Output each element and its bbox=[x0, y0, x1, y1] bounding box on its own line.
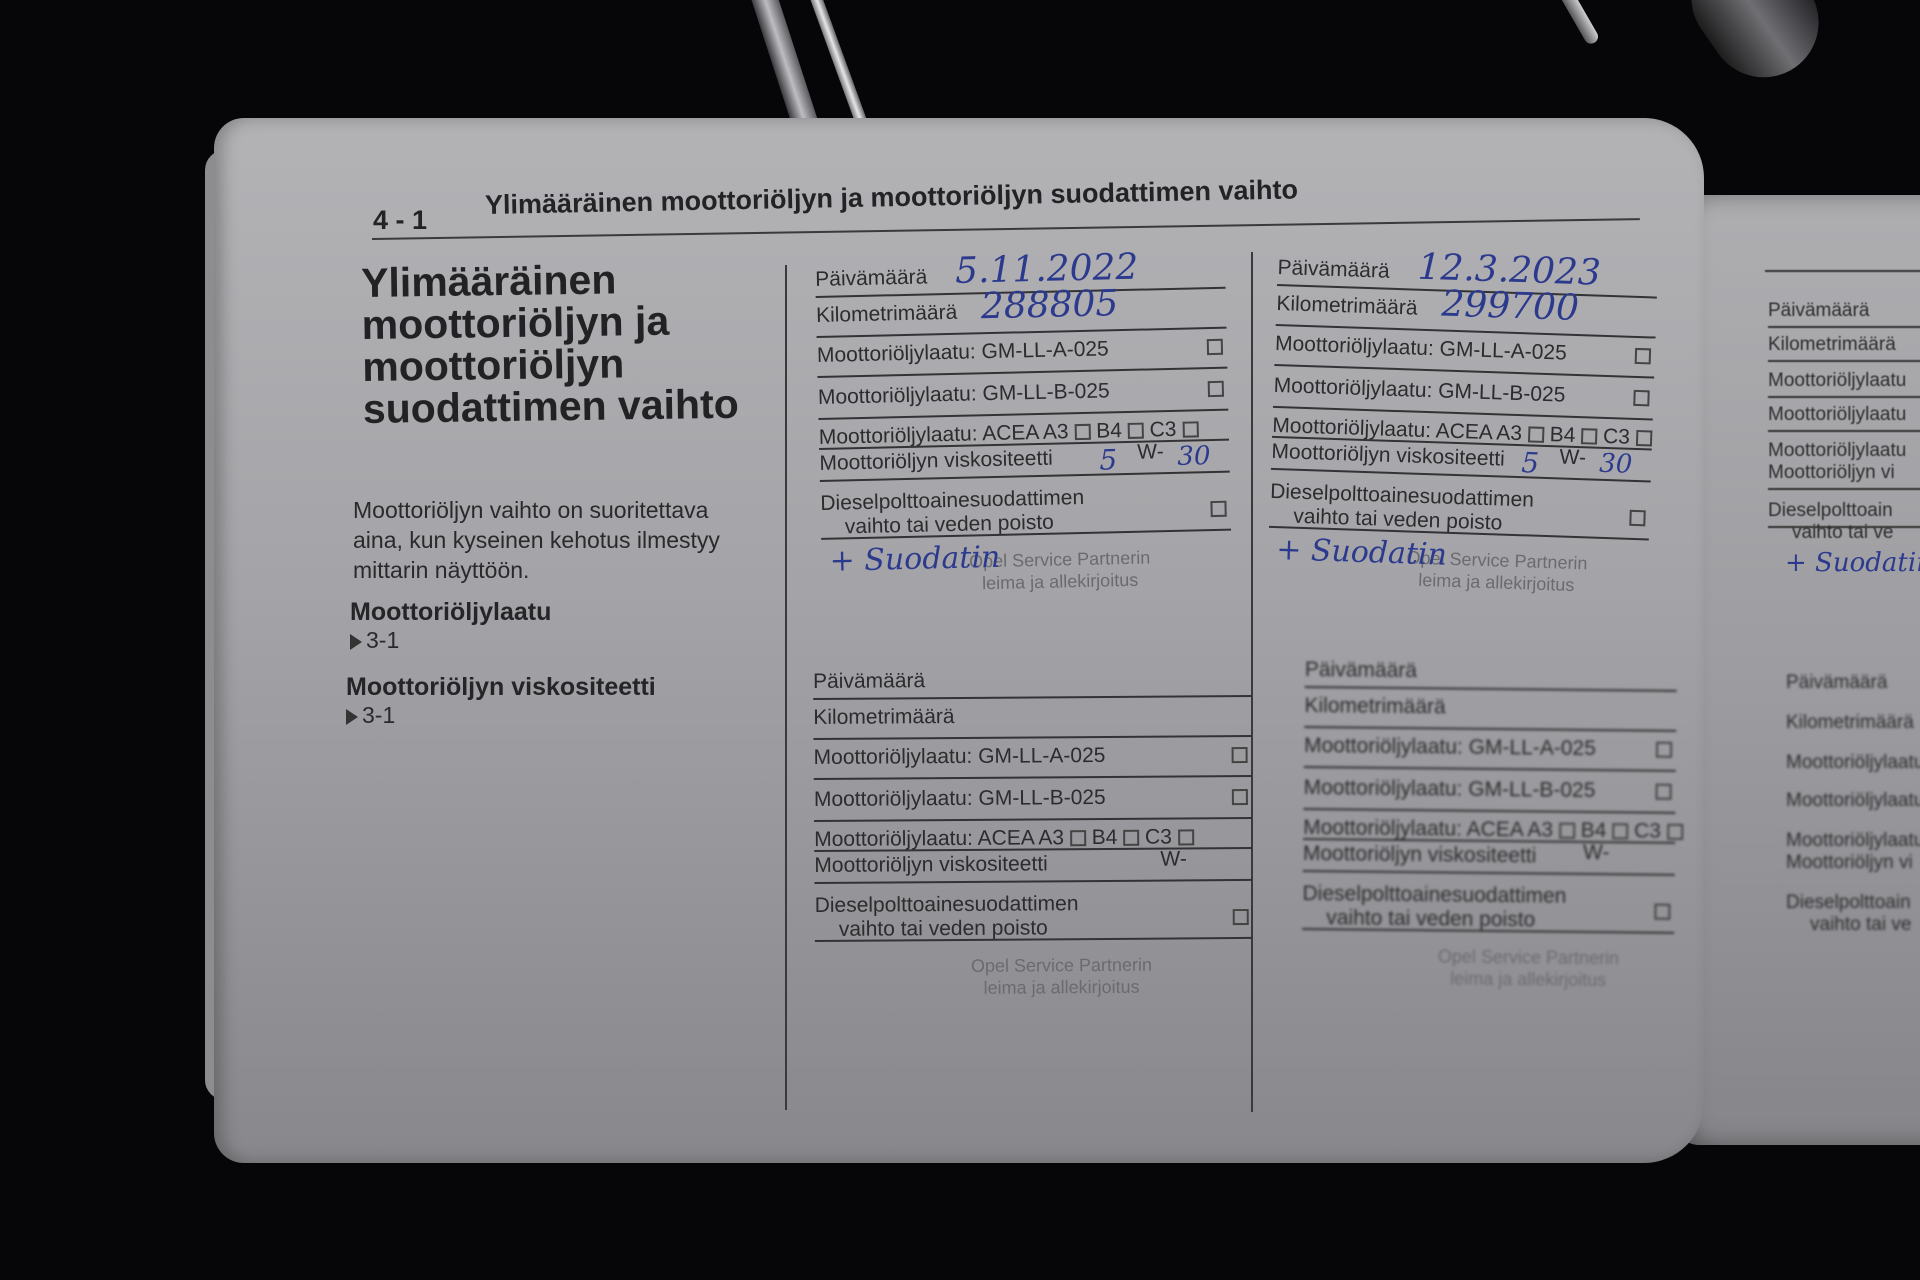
form-rule bbox=[813, 695, 1251, 700]
form-rule bbox=[1304, 726, 1676, 732]
handwritten-viscosity-low: 5 bbox=[1521, 446, 1540, 480]
next-page-label: Päivämäärä bbox=[1768, 300, 1869, 322]
next-page-label: vaihto tai ve bbox=[1810, 914, 1911, 936]
oil-quality-a-checkbox[interactable] bbox=[1635, 348, 1652, 365]
next-page-label: Moottoriöljylaatu bbox=[1786, 830, 1920, 852]
acea-a3-checkbox[interactable] bbox=[1070, 830, 1086, 846]
form-rule bbox=[1304, 766, 1676, 772]
acea-a3-checkbox[interactable] bbox=[1074, 424, 1090, 440]
date-label: Päivämäärä bbox=[815, 265, 928, 292]
background-strap bbox=[1670, 0, 1840, 99]
km-label: Kilometrimäärä bbox=[813, 705, 954, 730]
diesel-filter-label-1: Dieselpolttoainesuodattimen bbox=[1302, 882, 1566, 909]
service-entry-top-left: PäivämääräKilometrimääräMoottoriöljylaat… bbox=[815, 259, 1232, 598]
acea-b4-checkbox[interactable] bbox=[1612, 823, 1628, 839]
oil-quality-a-label: Moottoriöljylaatu: GM-LL-A-025 bbox=[814, 744, 1106, 770]
next-page-label: Moottoriöljylaatu bbox=[1768, 404, 1906, 426]
viscosity-separator: W- bbox=[1583, 841, 1610, 865]
handwritten-viscosity-high: 30 bbox=[1177, 441, 1211, 472]
diesel-filter-checkbox[interactable] bbox=[1233, 909, 1249, 925]
acea-b4-checkbox[interactable] bbox=[1123, 830, 1139, 846]
next-page-label: Moottoriöljyn vi bbox=[1768, 462, 1895, 484]
oil-quality-a-label: Moottoriöljylaatu: GM-LL-A-025 bbox=[1275, 332, 1567, 366]
section-number: 4 - 1 bbox=[373, 205, 427, 236]
handwritten-note: + Suodatin bbox=[829, 540, 1000, 579]
background-strap bbox=[1533, 0, 1600, 46]
acea-b4-checkbox[interactable] bbox=[1581, 428, 1598, 445]
oil-quality-b-checkbox[interactable] bbox=[1656, 784, 1672, 800]
handwritten-km: 299700 bbox=[1441, 283, 1580, 329]
date-label: Päivämäärä bbox=[813, 669, 925, 694]
form-rule bbox=[817, 327, 1227, 338]
next-page-label: Moottoriöljyn vi bbox=[1786, 852, 1913, 874]
acea-b4-checkbox[interactable] bbox=[1128, 423, 1144, 439]
next-page-label: Moottoriöljylaatu bbox=[1768, 440, 1906, 462]
viscosity-label: Moottoriöljyn viskositeetti bbox=[1303, 842, 1537, 868]
stamp-caption: Opel Service Partnerinleima ja allekirjo… bbox=[1413, 945, 1643, 991]
next-page-rule bbox=[1768, 430, 1920, 432]
next-page-handwritten-note: + Suodatin bbox=[1785, 548, 1920, 578]
acea-c3-checkbox[interactable] bbox=[1667, 824, 1683, 840]
handwritten-viscosity-high: 30 bbox=[1599, 449, 1633, 480]
next-page-label: Kilometrimäärä bbox=[1786, 712, 1914, 734]
viscosity-label: Moottoriöljyn viskositeetti bbox=[814, 852, 1048, 878]
oil-quality-b-checkbox[interactable] bbox=[1232, 789, 1248, 805]
km-label: Kilometrimäärä bbox=[1304, 694, 1445, 719]
viscosity-separator: W- bbox=[1559, 445, 1586, 470]
date-label: Päivämäärä bbox=[1305, 658, 1417, 683]
arrow-right-icon bbox=[346, 709, 358, 725]
next-page-label: Dieselpolttoain bbox=[1768, 500, 1893, 522]
diesel-filter-checkbox[interactable] bbox=[1629, 510, 1646, 527]
next-page-rule bbox=[1768, 488, 1920, 490]
viscosity-label: Moottoriöljyn viskositeetti bbox=[1271, 440, 1505, 472]
acea-c3-checkbox[interactable] bbox=[1178, 829, 1194, 845]
next-page-label: Dieselpolttoain bbox=[1786, 892, 1911, 914]
column-divider bbox=[785, 265, 787, 1110]
oil-quality-a-checkbox[interactable] bbox=[1207, 339, 1223, 355]
oil-quality-a-label: Moottoriöljylaatu: GM-LL-A-025 bbox=[817, 337, 1109, 368]
next-page-label: Moottoriöljylaatu bbox=[1768, 370, 1906, 392]
next-page-label: vaihto tai ve bbox=[1792, 522, 1893, 544]
km-label: Kilometrimäärä bbox=[816, 301, 958, 328]
acea-c3-checkbox[interactable] bbox=[1182, 421, 1198, 437]
date-label: Päivämäärä bbox=[1277, 256, 1390, 284]
arrow-right-icon bbox=[350, 634, 362, 650]
oil-quality-b-label: Moottoriöljylaatu: GM-LL-B-025 bbox=[1304, 776, 1596, 803]
next-page-label: Moottoriöljylaatu bbox=[1786, 790, 1920, 812]
diesel-filter-checkbox[interactable] bbox=[1654, 904, 1670, 920]
acea-a3-checkbox[interactable] bbox=[1528, 426, 1545, 443]
service-entry-bottom-left: PäivämääräKilometrimääräMoottoriöljylaat… bbox=[813, 667, 1253, 1000]
sidebar-title: Ylimääräinen moottoriöljyn ja moottoriöl… bbox=[361, 257, 739, 430]
next-page-rule bbox=[1768, 326, 1920, 328]
diesel-filter-label-1: Dieselpolttoainesuodattimen bbox=[815, 892, 1079, 918]
service-entry-bottom-right: PäivämääräKilometrimääräMoottoriöljylaat… bbox=[1302, 658, 1677, 992]
oil-quality-b-label: Moottoriöljylaatu: GM-LL-B-025 bbox=[1273, 374, 1565, 408]
next-page-label: Moottoriöljylaatu bbox=[1786, 752, 1920, 774]
next-page-rule bbox=[1768, 396, 1920, 398]
handwritten-viscosity-low: 5 bbox=[1099, 443, 1118, 476]
diesel-filter-checkbox[interactable] bbox=[1210, 501, 1226, 517]
handwritten-note: + Suodatin bbox=[1276, 532, 1448, 573]
next-page-label: Kilometrimäärä bbox=[1768, 334, 1896, 356]
next-page-rule bbox=[1768, 360, 1920, 362]
form-rule bbox=[813, 735, 1251, 740]
viscosity-label: Moottoriöljyn viskositeetti bbox=[819, 447, 1053, 476]
service-entry-top-right: PäivämääräKilometrimääräMoottoriöljylaat… bbox=[1267, 256, 1658, 598]
oil-quality-a-label: Moottoriöljylaatu: GM-LL-A-025 bbox=[1304, 734, 1596, 761]
handwritten-km: 288805 bbox=[980, 283, 1118, 327]
next-page-label: Päivämäärä bbox=[1786, 672, 1887, 694]
oil-quality-b-label: Moottoriöljylaatu: GM-LL-B-025 bbox=[818, 379, 1110, 410]
form-rule bbox=[817, 367, 1227, 378]
viscosity-separator: W- bbox=[1160, 847, 1187, 871]
viscosity-separator: W- bbox=[1137, 440, 1164, 465]
oil-quality-b-checkbox[interactable] bbox=[1633, 390, 1650, 407]
stamp-caption: Opel Service Partnerinleima ja allekirjo… bbox=[946, 953, 1176, 999]
km-label: Kilometrimäärä bbox=[1276, 292, 1418, 321]
ref-oil-viscosity[interactable]: Moottoriöljyn viskositeetti 3-1 bbox=[346, 673, 656, 729]
form-rule bbox=[814, 879, 1252, 884]
form-rule bbox=[814, 817, 1252, 822]
form-rule bbox=[814, 775, 1252, 780]
acea-c3-checkbox[interactable] bbox=[1635, 430, 1652, 447]
sidebar-paragraph: Moottoriöljyn vaihto on suoritettava ain… bbox=[353, 495, 720, 585]
ref-oil-quality[interactable]: Moottoriöljylaatu 3-1 bbox=[350, 598, 551, 654]
oil-quality-a-checkbox[interactable] bbox=[1232, 747, 1248, 763]
oil-quality-a-checkbox[interactable] bbox=[1656, 742, 1672, 758]
acea-a3-checkbox[interactable] bbox=[1559, 823, 1575, 839]
form-rule bbox=[1303, 808, 1675, 814]
form-rule bbox=[1305, 686, 1677, 692]
next-page-rule bbox=[1765, 270, 1920, 272]
form-rule bbox=[1303, 870, 1675, 876]
oil-quality-b-label: Moottoriöljylaatu: GM-LL-B-025 bbox=[814, 786, 1106, 812]
oil-quality-b-checkbox[interactable] bbox=[1208, 381, 1224, 397]
